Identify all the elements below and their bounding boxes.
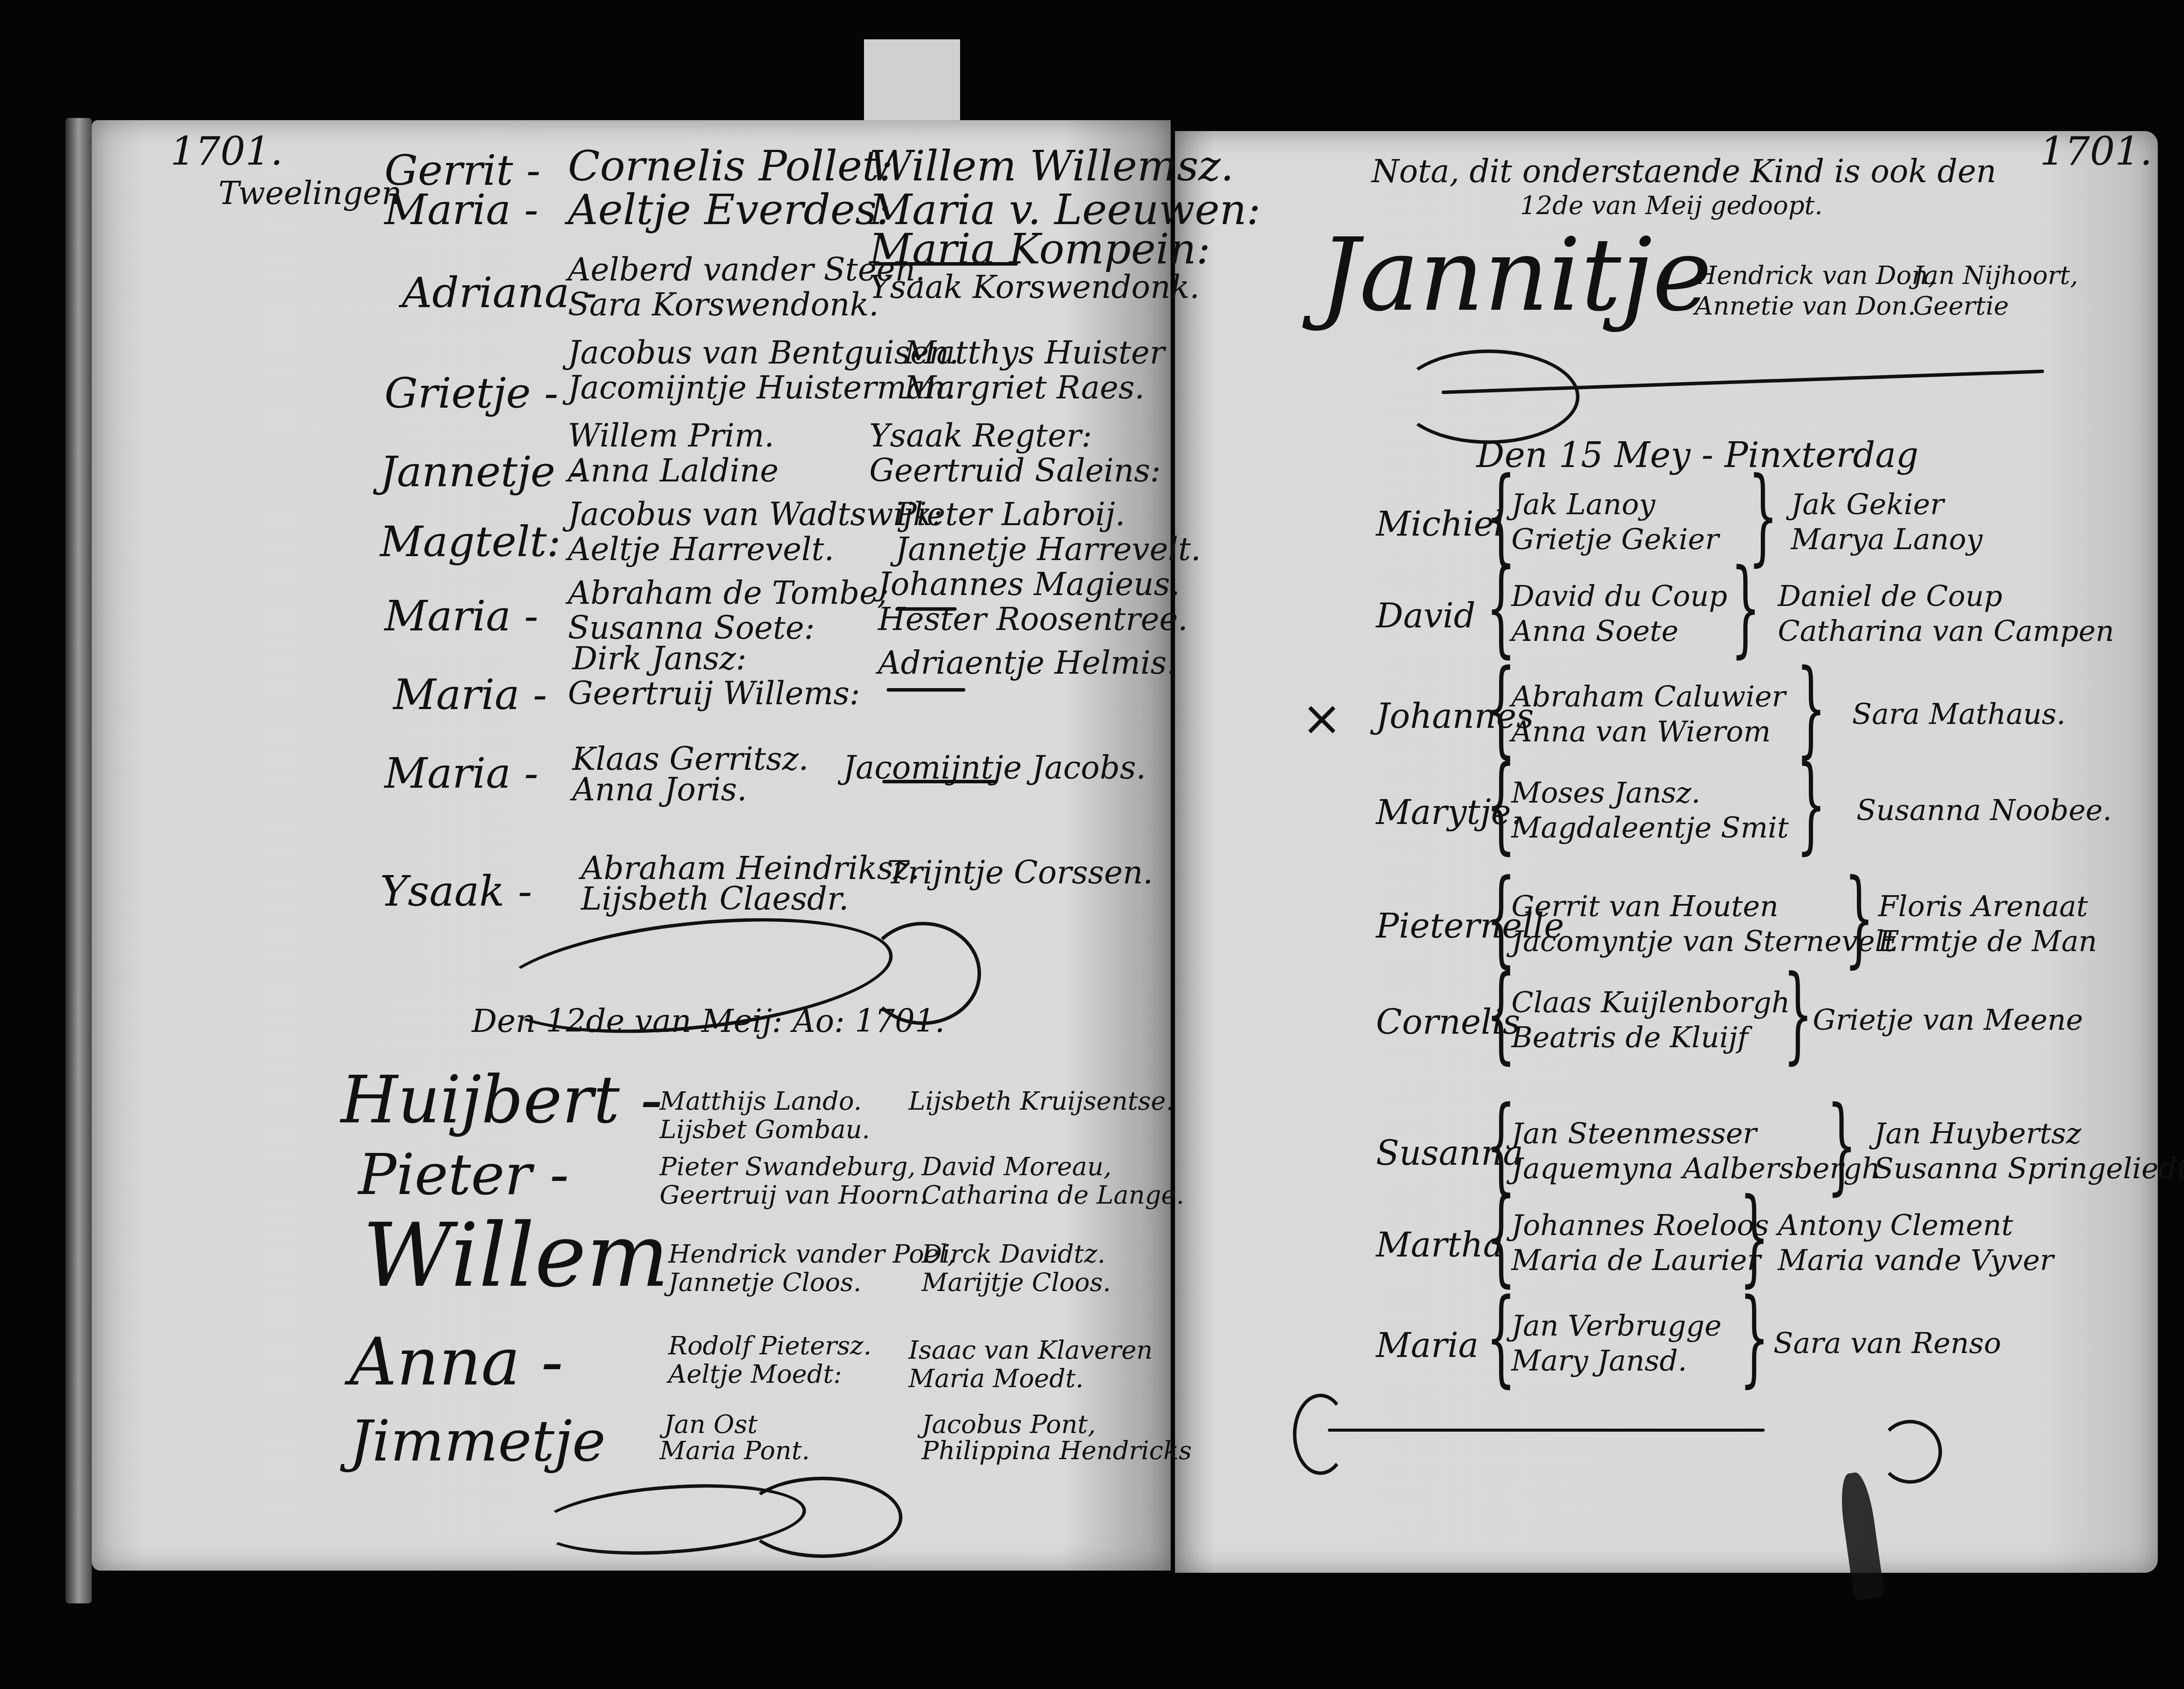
parent-name: Jaquemyna Aalbersbergh [1511, 1153, 1880, 1184]
right-year-header: 1701. [2040, 131, 2153, 173]
witness-name: Ermtje de Man [1878, 926, 2097, 956]
right-brace: } [1731, 555, 1761, 660]
child-name: Jannetje - [380, 450, 583, 494]
decorative-flourish [1293, 1394, 1348, 1475]
witness-name: Sara Mathaus. [1852, 699, 2066, 729]
parent-name: Moses Jansz. [1511, 778, 1700, 808]
child-name: Maria - [393, 673, 547, 717]
parent-name: Rodolf Pietersz. [668, 1333, 871, 1359]
separator-rule [882, 780, 996, 783]
child-name: David [1376, 599, 1476, 634]
witness-name: Adriaentje Helmis. [878, 647, 1177, 680]
witness-name: Willem Willemsz. [869, 144, 1234, 188]
witness-name: Isaac van Klaveren [909, 1337, 1153, 1364]
parent-name: Jacobus van Wadtswijk: [568, 498, 943, 531]
witness-name: Maria vande Vyver [1778, 1245, 2054, 1275]
parent-name: Anna van Wierom [1511, 716, 1771, 747]
parent-name: Grietje Gekier [1511, 524, 1719, 554]
right-brace: } [1796, 751, 1826, 856]
witness-name: Matthys Huister [904, 336, 1165, 370]
witness-name: Ysaak Regter: [869, 419, 1092, 453]
margin-note-twins: Tweelingen [218, 177, 402, 210]
parent-name: Geertruij van Hoorn. [660, 1182, 927, 1208]
parent-name: Beatris de Kluijf [1511, 1022, 1748, 1052]
parent-name: Dirk Jansz: [572, 642, 746, 675]
witness-name: Sara van Renso [1773, 1328, 2001, 1358]
parent-name: David du Coup [1511, 581, 1728, 611]
parent-name: Jacomyntje van Sternevelt [1511, 926, 1896, 956]
parent-name: Johannes Roeloos [1511, 1210, 1769, 1240]
child-name: Ysaak - [380, 869, 532, 914]
paper-tab [864, 39, 960, 127]
date-line: Den 15 Mey - Pinxterdag [1476, 437, 1918, 474]
decorative-flourish [1398, 350, 1579, 444]
parent-name: Aeltje Harrevelt. [568, 533, 834, 566]
cross-mark: × [1302, 690, 1342, 746]
parent-name: Lijsbeth Claesdr. [581, 883, 849, 916]
witness-name: Marijtje Cloos. [922, 1269, 1111, 1296]
separator-rule [895, 607, 957, 611]
witness-name: Ysaak Korswendonk. [869, 271, 1199, 304]
child-name: Jimmetje [349, 1411, 606, 1471]
witness-name: Lijsbeth Kruijsentse. [909, 1088, 1174, 1114]
witness-name: David Moreau, [922, 1153, 1112, 1180]
witness-name: Jannetje Harrevelt. [895, 533, 1201, 566]
right-brace: } [1844, 865, 1874, 970]
parent-name: Aeltje Moedt: [668, 1361, 842, 1388]
witness-name: Maria Moedt. [909, 1365, 1084, 1392]
child-name: Maria [1376, 1328, 1479, 1364]
parent-name: Jacobus van Bentguisen. [568, 336, 959, 370]
parent-name: Jan Steenmesser [1511, 1118, 1757, 1149]
parent-name: Sara Korswendonk. [568, 288, 879, 322]
parent-name: Anna Laldine [568, 454, 778, 488]
witness-name: Jacobus Pont, [922, 1411, 1096, 1438]
left-year-header: 1701. [170, 131, 283, 173]
parent-name: Pieter Swandeburg, [660, 1153, 916, 1180]
date-line: Den 12de van Meij: Ao: 1701. [472, 1005, 945, 1038]
child-name: Martha [1376, 1228, 1503, 1263]
witness-name: Dirck Davidtz. [922, 1241, 1106, 1267]
parent-name: Geertruij Willems: [568, 677, 860, 710]
parent-name: Magdaleentje Smit [1511, 813, 1789, 843]
child-name: Huijbert - [341, 1066, 663, 1135]
witness-name: Susanna Noobee. [1856, 795, 2112, 825]
separator-rule [887, 688, 965, 692]
witness-name: Johannes Magieus. [878, 568, 1180, 601]
witness-name: Trijntje Corssen. [887, 856, 1153, 889]
child-name: Maria - [384, 751, 538, 796]
parent-name: Matthijs Lando. [660, 1088, 862, 1114]
witness-name: Marya Lanoy [1791, 524, 1983, 554]
child-name: Willem [363, 1210, 669, 1302]
parent-name: Jacomijntje Huisterman. [568, 371, 956, 405]
note-line-2: 12de van Meij gedoopt. [1520, 192, 1823, 219]
right-brace: } [1739, 1184, 1769, 1289]
witness-name: Grietje van Meene [1813, 1005, 2083, 1035]
parent-name: Maria de Laurier [1511, 1245, 1761, 1275]
parent-name: Annetie van Don. [1695, 293, 1916, 319]
witness-name: Antony Clement [1778, 1210, 2013, 1240]
parent-name: Jan Verbrugge [1511, 1311, 1721, 1341]
child-name: Pieter - [358, 1145, 569, 1204]
right-brace: } [1783, 961, 1813, 1066]
parent-name: Maria Pont. [660, 1437, 810, 1464]
parent-name: Jannetje Cloos. [668, 1269, 861, 1296]
child-name: Jannitje [1319, 223, 1712, 329]
witness-name: Pieter Labroij. [895, 498, 1125, 531]
decorative-flourish [1878, 1420, 1942, 1484]
witness-name: Philippina Hendricks [922, 1437, 1192, 1464]
decorative-rule [1328, 1429, 1765, 1432]
child-name: Michiel [1376, 507, 1505, 543]
witness-name: Margriet Raes. [904, 371, 1144, 405]
child-name: Magtelt: [380, 520, 561, 564]
parent-name: Anna Soete [1511, 616, 1679, 646]
witness-name: Geertruid Saleins: [869, 454, 1161, 488]
witness-name: Jak Gekier [1791, 489, 1944, 519]
note-line: Nota, dit onderstaende Kind is ook den [1372, 155, 1996, 188]
witness-name: Floris Arenaat [1878, 891, 2088, 921]
witness-name: Catharina van Campen [1778, 616, 2114, 646]
witness-name: Catharina de Lange. [922, 1182, 1184, 1208]
child-name: Maria - [384, 594, 538, 638]
witness-name: Susanna Springeliedt [1874, 1153, 2184, 1184]
book-spine-edge [66, 118, 92, 1603]
witness-name: Geertie [1913, 293, 2009, 319]
right-brace: } [1827, 1092, 1857, 1197]
parent-name: Jan Ost [664, 1411, 757, 1438]
child-name: Maria - [384, 188, 538, 232]
decorative-flourish [743, 1477, 902, 1558]
parent-name: Claas Kuijlenborgh [1511, 987, 1790, 1018]
child-name: Anna - [349, 1328, 563, 1397]
child-name: Grietje - [384, 371, 558, 415]
parent-name: Hendrick van Don, [1695, 262, 1936, 289]
parent-name: Abraham Caluwier [1511, 682, 1786, 712]
parent-name: Gerrit van Houten [1511, 891, 1779, 921]
parent-name: Cornelis Pollet: [568, 144, 893, 188]
parent-name: Abraham de Tombe; [568, 577, 888, 610]
parent-name: Willem Prim. [568, 419, 774, 453]
parent-name: Anna Joris. [572, 773, 747, 806]
parent-name: Mary Jansd. [1511, 1346, 1687, 1376]
witness-name: Jan Huybertsz [1874, 1118, 2081, 1149]
witness-name: Daniel de Coup [1778, 581, 2002, 611]
parent-name: Jak Lanoy [1511, 489, 1655, 519]
right-brace: } [1739, 1284, 1769, 1389]
parent-name: Lijsbet Gombau. [660, 1116, 870, 1143]
parent-name: Hendrick vander Poel, [668, 1241, 955, 1267]
parent-name: Aeltje Everdes: [568, 188, 891, 232]
witness-name: Jan Nijhoort, [1913, 262, 2078, 289]
